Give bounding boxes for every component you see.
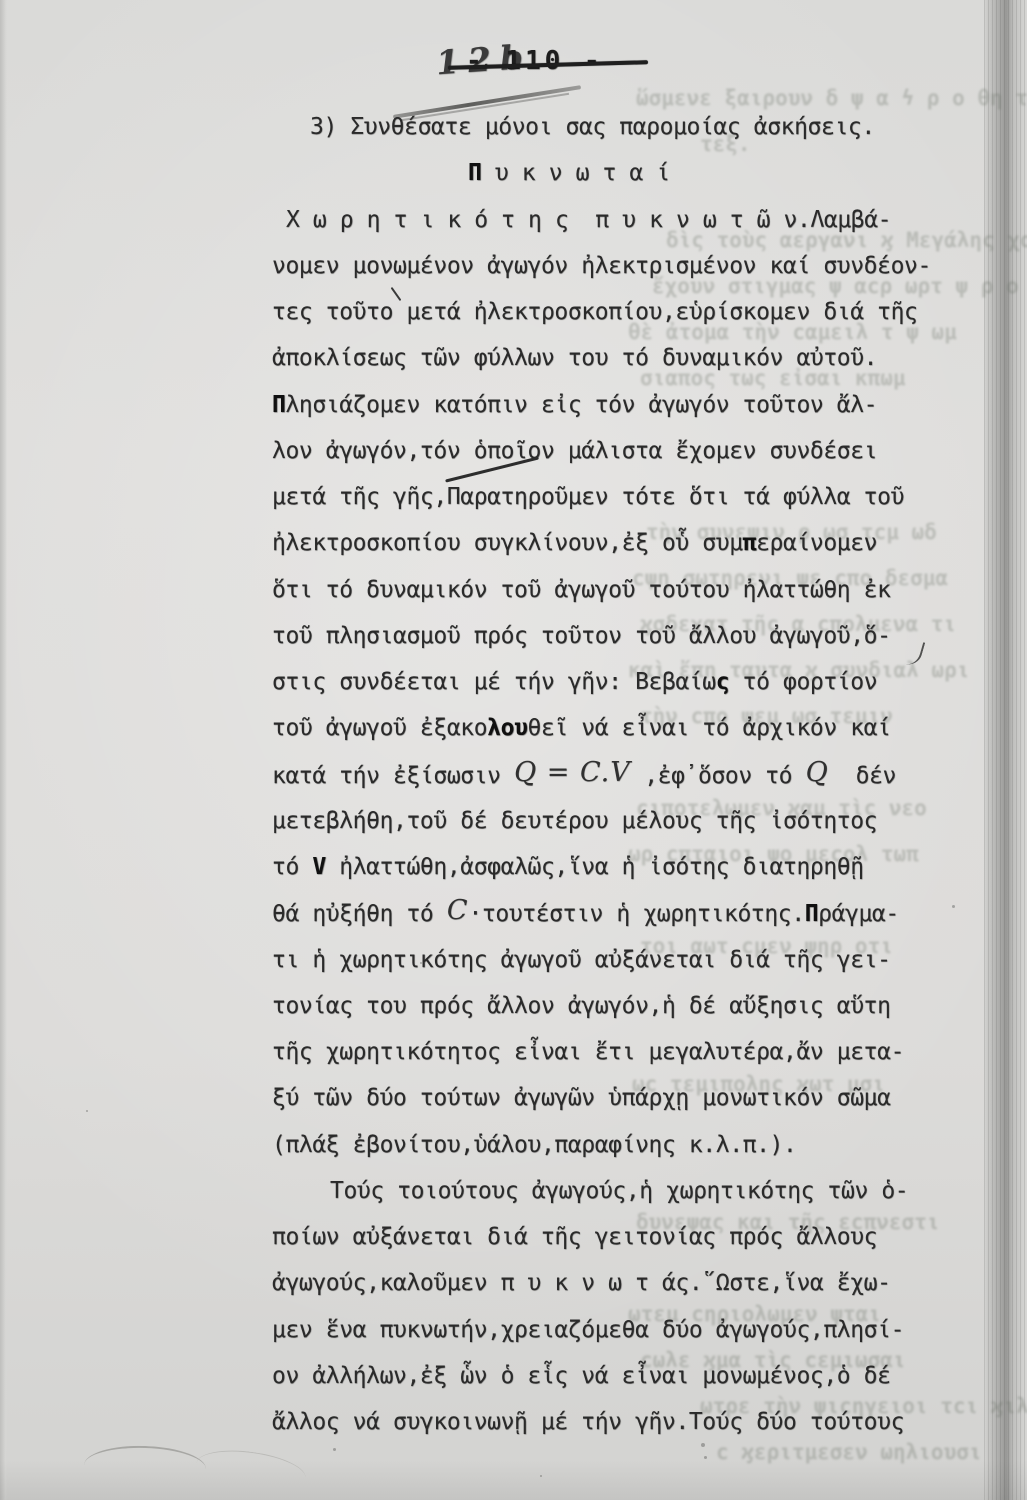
typed-text: τό φορτίον: [729, 669, 877, 695]
typed-text: στις συνδέεται μέ τήν γῆν: Βεβαίω: [272, 669, 716, 695]
paper-speck: [952, 905, 955, 908]
text-line: νομεν μονωμένον ἀγωγόν ἠλεκτρισμένον καί…: [272, 251, 931, 281]
bleedthrough-line: ὥσμενε ξαιρουν δ ψ α ϟ ρ ο θη τοῦ στοι-: [636, 86, 1027, 110]
typed-text: Τούς τοιούτους ἀγωγούς,ἡ χωρητικότης τῶν…: [330, 1178, 908, 1204]
typed-text: λησιάζομεν κατόπιν εἰς τόν ἀγωγόν τοῦτον…: [285, 392, 877, 418]
text-line: μετεβλήθη,τοῦ δέ δευτέρου μέλους τῆς ἰσό…: [272, 806, 877, 836]
typed-text: μεν ἕνα πυκνωτήν,χρειαζόμεθα δύο ἀγωγούς…: [272, 1317, 904, 1343]
text-line: λον ἀγωγόν,τόν ὁποῖον μάλιστα ἔχομεν συν…: [272, 436, 877, 466]
typed-text: υ κ ν ω τ α ί: [481, 160, 669, 186]
text-line: μετά τῆς γῆς,Παρατηροῦμεν τότε ὅτι τά φύ…: [272, 482, 904, 512]
typed-text: τονίας του πρός ἄλλον ἀγωγόν,ἡ δέ αὔξησι…: [272, 993, 891, 1019]
typed-text: τι ἡ χωρητικότης ἀγωγοῦ αὐξάνεται διά τῆ…: [272, 947, 891, 973]
typed-text: δέν: [829, 763, 896, 789]
typed-text: λου: [487, 715, 527, 741]
text-line: τι ἡ χωρητικότης ἀγωγοῦ αὐξάνεται διά τῆ…: [272, 945, 891, 975]
typed-text: ὅτι τό δυναμικόν τοῦ ἀγωγοῦ τούτου ἠλαττ…: [272, 577, 891, 603]
typed-text: κατά τήν ἐξίσωσιν: [272, 763, 514, 789]
typed-text: νομεν μονωμένον ἀγωγόν ἠλεκτρισμένον καί…: [272, 253, 931, 279]
paper-speck: [86, 1110, 88, 1112]
typed-text: μετά τῆς γῆς,Παρατηροῦμεν τότε ὅτι τά φύ…: [272, 484, 904, 510]
text-line: κατά τήν ἐξίσωσιν Q = C.V ,ἐφ᾿ὅσον τό Q …: [272, 760, 896, 791]
typed-text: (πλάξ ἐβονίτου,ὑάλου,παραφίνης κ.λ.π.).: [272, 1132, 796, 1158]
typed-text: εραίνομεν: [756, 530, 877, 556]
text-line: τες τοῦτο μετά ἠλεκτροσκοπίου,εὑρίσκομεν…: [272, 297, 917, 327]
typed-text: Π: [468, 160, 481, 186]
typed-text: ἀγωγούς,καλοῦμεν π υ κ ν ω τ άς.῞Ωστε,ἵν…: [272, 1270, 891, 1296]
typed-text: ς: [716, 669, 729, 695]
text-line: τονίας του πρός ἄλλον ἀγωγόν,ἡ δέ αὔξησι…: [272, 991, 891, 1021]
text-line: τό V ἠλαττώθη,ἀσφαλῶς,ἵνα ἡ ἰσότης διατη…: [272, 852, 864, 882]
handwritten-formula: Q: [806, 757, 829, 788]
text-line: στις συνδέεται μέ τήν γῆν: Βεβαίως τό φο…: [272, 667, 877, 697]
typed-text: ἄλλος νά συγκοινωνῇ μέ τήν γῆν.Τούς δύο …: [272, 1409, 904, 1435]
text-line: ἄλλος νά συγκοινωνῇ μέ τήν γῆν.Τούς δύο …: [272, 1407, 904, 1437]
bleedthrough-line: ϲ ϗεριτμεσεν ωηλιουσι: [716, 1440, 982, 1464]
paper-speck: [333, 1448, 336, 1451]
paper-speck: [420, 962, 422, 964]
typed-text: τοῦ ἀγωγοῦ ἐξακο: [272, 715, 487, 741]
text-line: Πλησιάζομεν κατόπιν εἰς τόν ἀγωγόν τοῦτο…: [272, 390, 877, 420]
paper-speck: [701, 1443, 705, 1447]
text-line: μεν ἕνα πυκνωτήν,χρειαζόμεθα δύο ἀγωγούς…: [272, 1315, 904, 1345]
text-line: τῆς χωρητικότητος εἶναι ἔτι μεγαλυτέρα,ἄ…: [272, 1037, 904, 1067]
typed-text: τες τοῦτο μετά ἠλεκτροσκοπίου,εὑρίσκομεν…: [272, 299, 917, 325]
typed-text: θεῖ νά εἶναι τό ἀρχικόν καί: [528, 715, 891, 741]
typed-text: Π: [272, 392, 285, 418]
text-line: ξύ τῶν δύο τούτων ἀγωγῶν ὑπάρχῃ μονωτικό…: [272, 1083, 891, 1113]
text-line: ὅτι τό δυναμικόν τοῦ ἀγωγοῦ τούτου ἠλαττ…: [272, 575, 891, 605]
text-line: ἀγωγούς,καλοῦμεν π υ κ ν ω τ άς.῞Ωστε,ἵν…: [272, 1268, 891, 1298]
text-line: ον ἀλλήλων,ἐξ ὧν ὁ εἷς νά εἶναι μονωμένο…: [272, 1361, 891, 1391]
typed-text: ον ἀλλήλων,ἐξ ὧν ὁ εἷς νά εἶναι μονωμένο…: [272, 1363, 891, 1389]
typed-text: 3) Συνθέσατε μόνοι σας παρομοίας ἀσκήσει…: [310, 114, 875, 140]
typed-text: ·τουτέστιν ἡ χωρητικότης.: [469, 901, 805, 927]
typed-text: ποίων αὐξάνεται διά τῆς γειτονίας πρός ἄ…: [272, 1224, 877, 1250]
typed-text: ἠλεκτροσκοπίου συγκλίνουν,ἐξ οὗ συμ: [272, 530, 743, 556]
text-line: 3) Συνθέσατε μόνοι σας παρομοίας ἀσκήσει…: [310, 112, 875, 142]
typed-text: τῆς χωρητικότητος εἶναι ἔτι μεγαλυτέρα,ἄ…: [272, 1039, 904, 1065]
text-line: Π υ κ ν ω τ α ί: [468, 158, 670, 188]
typed-text: ,ἐφ᾿ὅσον τό: [631, 763, 806, 789]
page-left-edge: [0, 0, 7, 1500]
paper-speck: [704, 1456, 707, 1459]
scanned-document-page: ὥσμενε ξαιρουν δ ψ α ϟ ρ ο θη τοῦ στοι-τ…: [0, 0, 1027, 1500]
text-line: ἠλεκτροσκοπίου συγκλίνουν,ἐξ οὗ συμπεραί…: [272, 528, 877, 558]
typed-text: λον ἀγωγόν,τόν ὁποῖον μάλιστα ἔχομεν συν…: [272, 438, 877, 464]
text-line: τοῦ πλησιασμοῦ πρός τοῦτον τοῦ ἄλλου ἀγω…: [272, 621, 891, 651]
typed-text: Π: [805, 901, 818, 927]
text-line: ἀποκλίσεως τῶν φύλλων του τό δυναμικόν α…: [272, 343, 877, 373]
text-line: τοῦ ἀγωγοῦ ἐξακολουθεῖ νά εἶναι τό ἀρχικ…: [272, 713, 891, 743]
paper-speck: [540, 1475, 542, 1477]
typed-text: ἀποκλίσεως τῶν φύλλων του τό δυναμικόν α…: [272, 345, 877, 371]
typed-text: ξύ τῶν δύο τούτων ἀγωγῶν ὑπάρχῃ μονωτικό…: [272, 1085, 891, 1111]
typed-text: Χ ω ρ η τ ι κ ό τ η ς π υ κ ν ω τ ῶ ν.Λα…: [286, 207, 891, 233]
typed-text: ράγμα-: [818, 901, 899, 927]
text-line: Χ ω ρ η τ ι κ ό τ η ς π υ κ ν ω τ ῶ ν.Λα…: [286, 205, 891, 235]
page-right-edge: [984, 0, 1027, 1500]
typed-text: ἠλαττώθη,ἀσφαλῶς,ἵνα ἡ ἰσότης διατηρηθῇ: [326, 854, 864, 880]
typed-text: V: [312, 854, 325, 880]
text-line: ποίων αὐξάνεται διά τῆς γειτονίας πρός ἄ…: [272, 1222, 877, 1252]
typed-text: μετεβλήθη,τοῦ δέ δευτέρου μέλους τῆς ἰσό…: [272, 808, 877, 834]
text-line: Τούς τοιούτους ἀγωγούς,ἡ χωρητικότης τῶν…: [330, 1176, 908, 1206]
typed-text: θά ηὐξήθη τό: [272, 901, 447, 927]
text-line: θά ηὐξήθη τό C·τουτέστιν ἡ χωρητικότης.Π…: [272, 898, 899, 929]
handwritten-formula: Q = C.V: [514, 757, 631, 788]
typed-text: π: [743, 530, 756, 556]
handwritten-formula: C: [447, 895, 469, 926]
typed-text: τό: [272, 854, 312, 880]
text-line: (πλάξ ἐβονίτου,ὑάλου,παραφίνης κ.λ.π.).: [272, 1130, 796, 1160]
typed-text: τοῦ πλησιασμοῦ πρός τοῦτον τοῦ ἄλλου ἀγω…: [272, 623, 891, 649]
